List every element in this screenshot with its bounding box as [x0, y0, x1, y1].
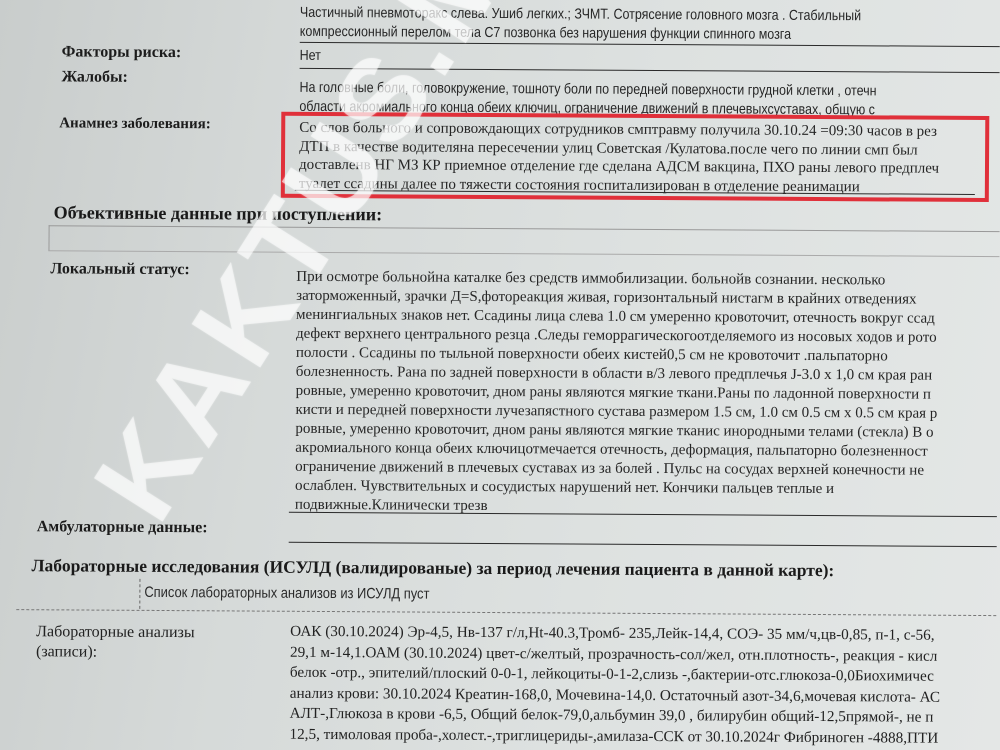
- risk-factors-label: Факторы риска:: [62, 43, 182, 62]
- isuld-note-border: [139, 579, 140, 609]
- lab-records-label-line: (записи):: [36, 642, 195, 663]
- isuld-empty-note: Список лабораторных анализов из ИСУЛД пу…: [144, 584, 429, 603]
- medical-record-page: Частичный пневмоторакс слева. Ушиб легки…: [0, 0, 1000, 750]
- objective-data-field: [48, 225, 999, 257]
- objective-data-title: Объективные данные при поступлении:: [54, 202, 383, 225]
- local-status-label: Локальный статус:: [50, 260, 189, 279]
- anamnesis-label: Анамнез заболевания:: [59, 115, 211, 133]
- ambulatory-underline: [289, 542, 997, 547]
- lab-records-label-line: Лабораторные анализы: [36, 622, 195, 643]
- risk-factors-value: Нет: [300, 47, 1000, 70]
- lab-section-title: Лабораторные исследования (ИСУЛД (валиди…: [31, 555, 834, 581]
- complaints-label: Жалобы:: [61, 68, 127, 86]
- anamnesis-value: Со слов больного и сопровождающих сотруд…: [299, 119, 979, 197]
- lab-record-line: 12,5, тимоловая проба-,холест.-,триглице…: [289, 724, 995, 749]
- lab-section-divider: [16, 609, 996, 616]
- diagnosis-continuation: Частичный пневмоторакс слева. Ушиб легки…: [300, 4, 1000, 46]
- lab-records-label: Лабораторные анализы (записи):: [36, 622, 195, 663]
- ambulatory-label: Амбулаторные данные:: [37, 518, 208, 537]
- lab-records-value: ОАК (30.10.2024) Эр-4,5, Нв-137 г/л,Ht-4…: [289, 622, 996, 749]
- local-status-value: При осмотре больнойна каталке без средст…: [295, 268, 996, 519]
